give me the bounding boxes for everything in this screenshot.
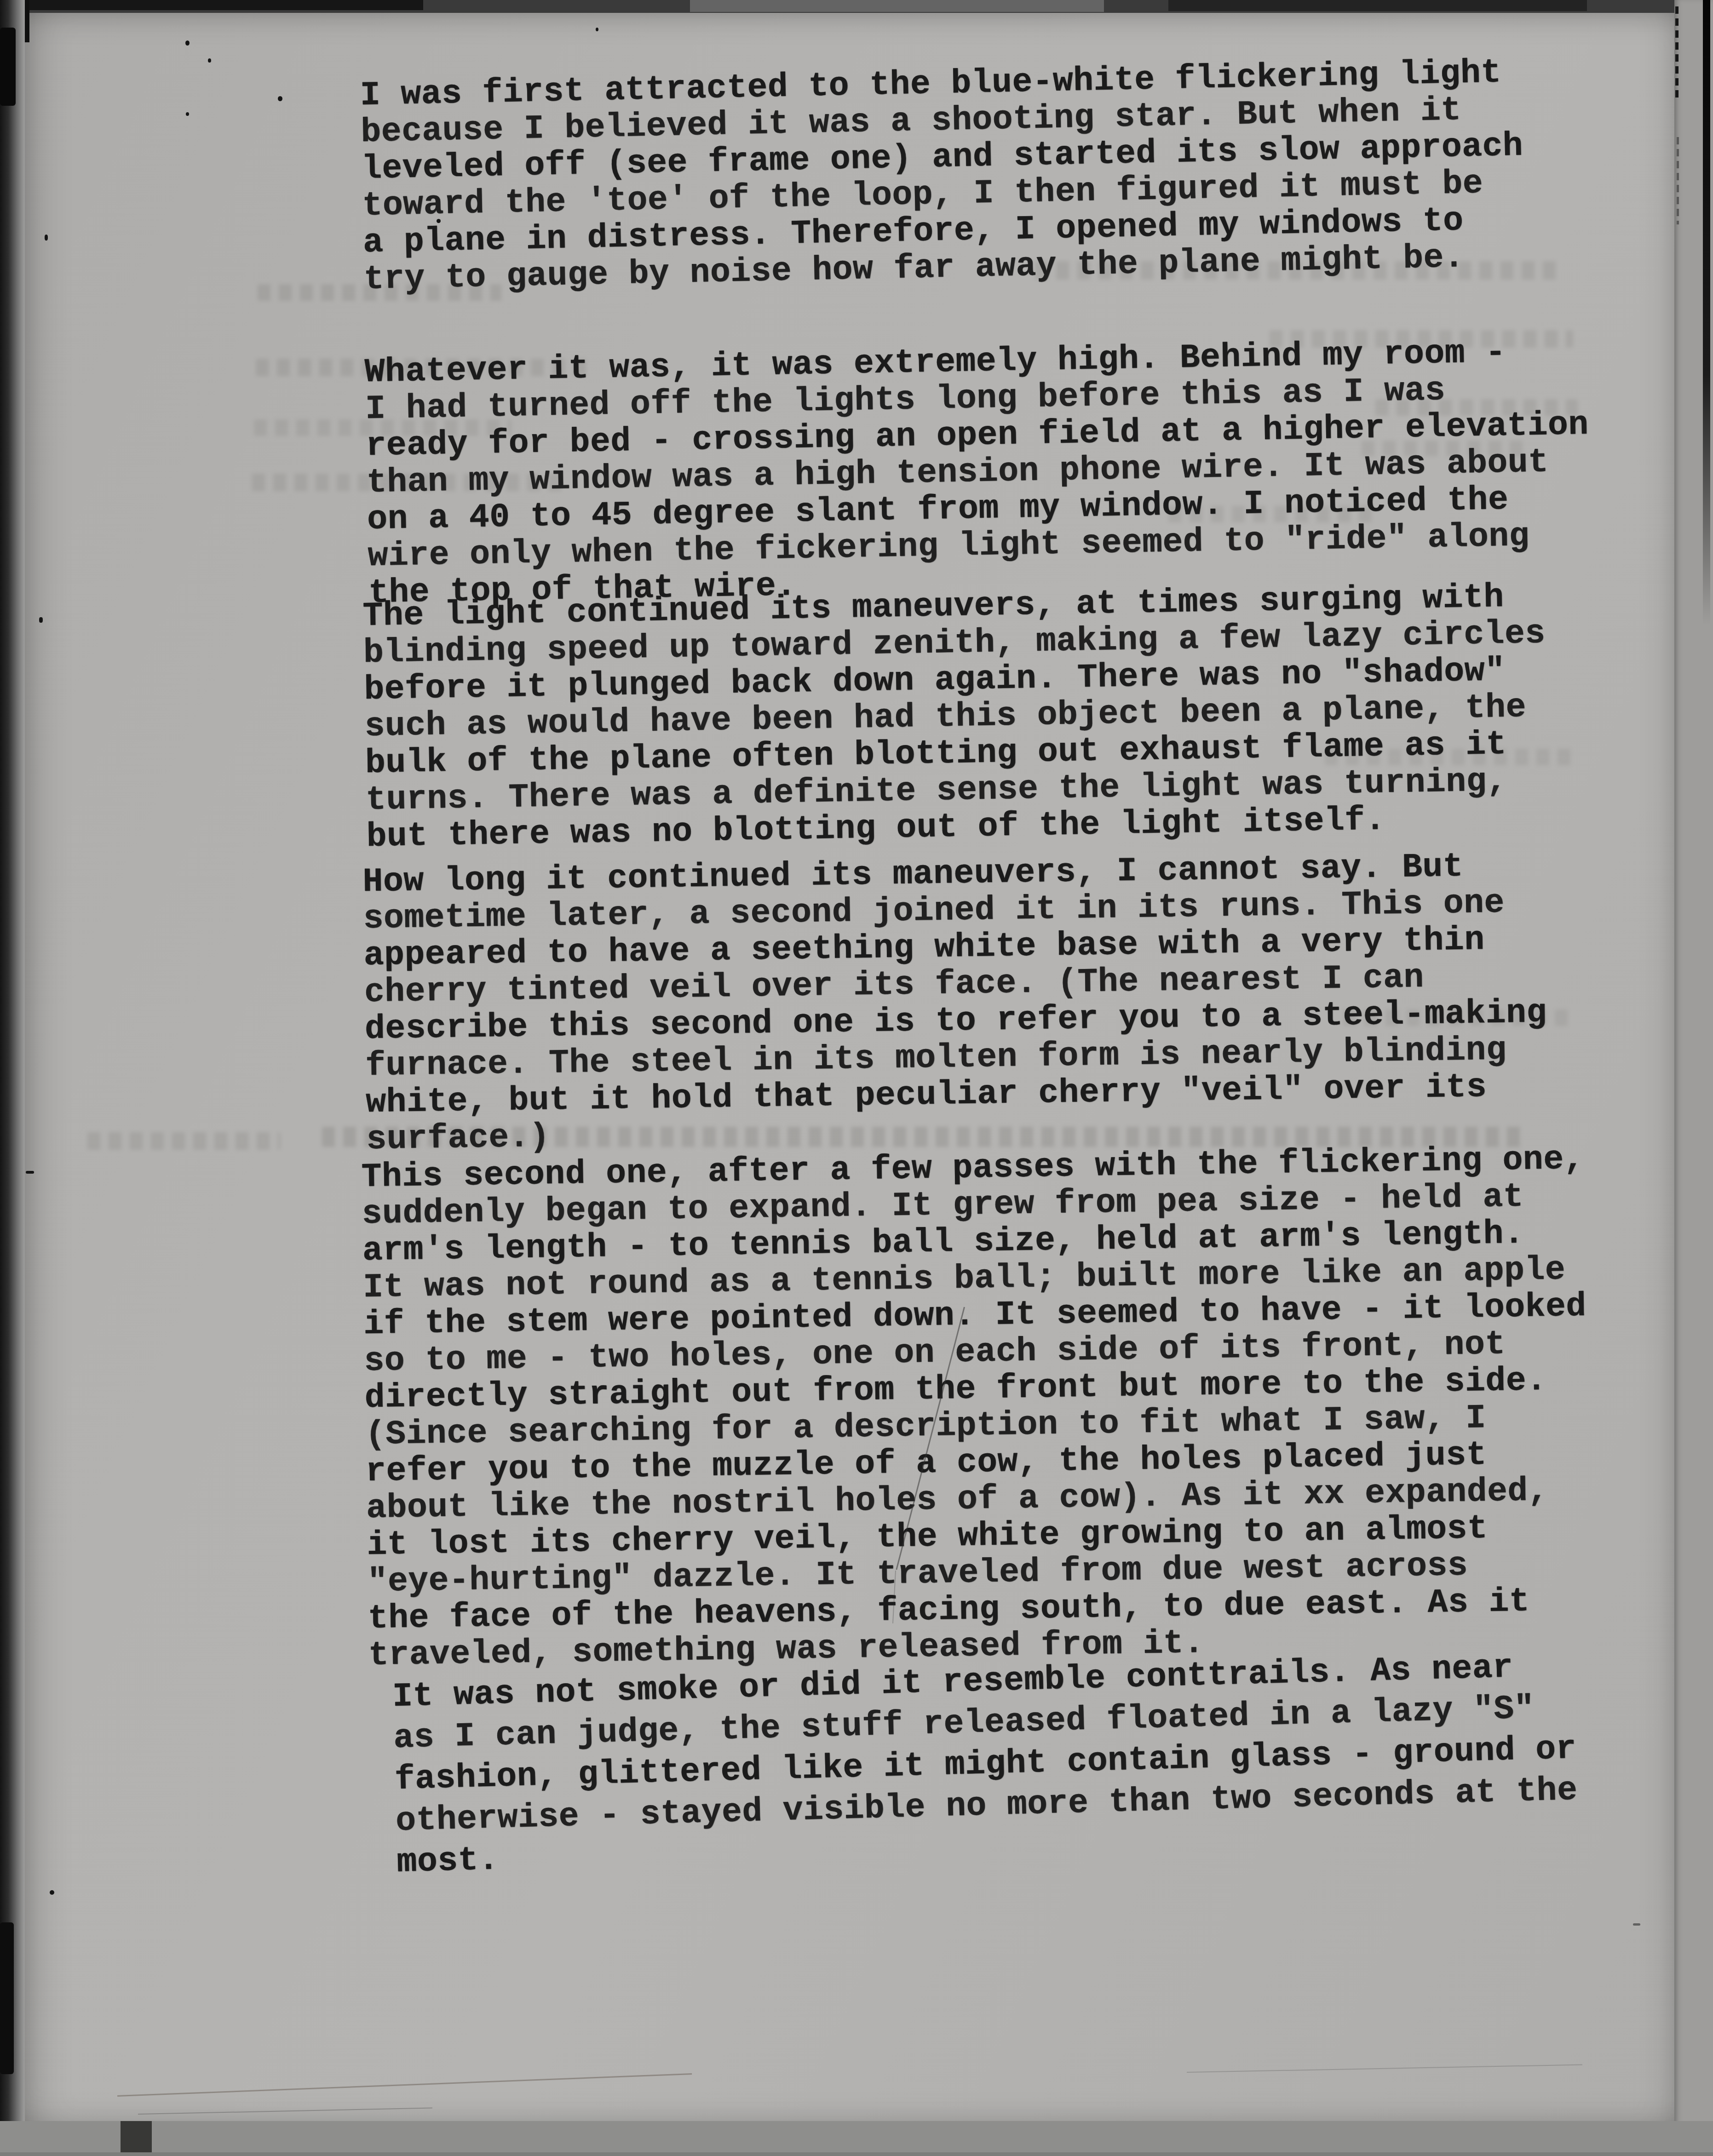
paragraph-3: The light continued its maneuvers, at ti… — [362, 578, 1549, 855]
scan-edge-top-light — [690, 0, 1104, 12]
typewritten-text-block: I was first attracted to the blue-white … — [0, 0, 1713, 2156]
paragraph-2: Whatever it was, it was extremely high. … — [364, 333, 1592, 612]
scan-edge-top-dark — [1168, 0, 1587, 11]
scan-edge-blob — [0, 28, 16, 106]
paragraph-1: I was first attracted to the blue-white … — [360, 54, 1526, 298]
scanned-page: I was first attracted to the blue-white … — [0, 0, 1713, 2156]
scan-edge-right-line — [1703, 0, 1710, 625]
ink-speck — [208, 58, 211, 63]
ink-speck — [1633, 1923, 1640, 1926]
ink-speck — [26, 1171, 34, 1174]
paragraph-6: It was not smoke or did it resemble cont… — [392, 1646, 1579, 1883]
ink-speck — [186, 112, 189, 116]
ink-speck — [437, 219, 441, 223]
scan-edge-bottom-line — [0, 2152, 1713, 2156]
ink-speck — [50, 1890, 54, 1895]
scan-edge-top-dark — [0, 0, 423, 10]
scan-edge-blob — [0, 1922, 14, 2074]
scan-edge-bottom — [0, 2121, 1713, 2156]
dashed-mark-right — [1677, 137, 1679, 224]
scan-edge-bottom-block — [121, 2121, 152, 2156]
ink-speck — [278, 96, 282, 101]
scan-edge-left — [0, 0, 25, 2156]
paragraph-4: How long it continued its maneuvers, I c… — [362, 847, 1549, 1158]
paragraph-5: This second one, after a few passes with… — [361, 1141, 1592, 1674]
ink-speck — [45, 235, 48, 241]
ink-speck — [596, 28, 598, 31]
dashed-mark-right — [1675, 6, 1679, 97]
ink-speck — [39, 617, 43, 623]
ink-speck — [185, 40, 190, 46]
